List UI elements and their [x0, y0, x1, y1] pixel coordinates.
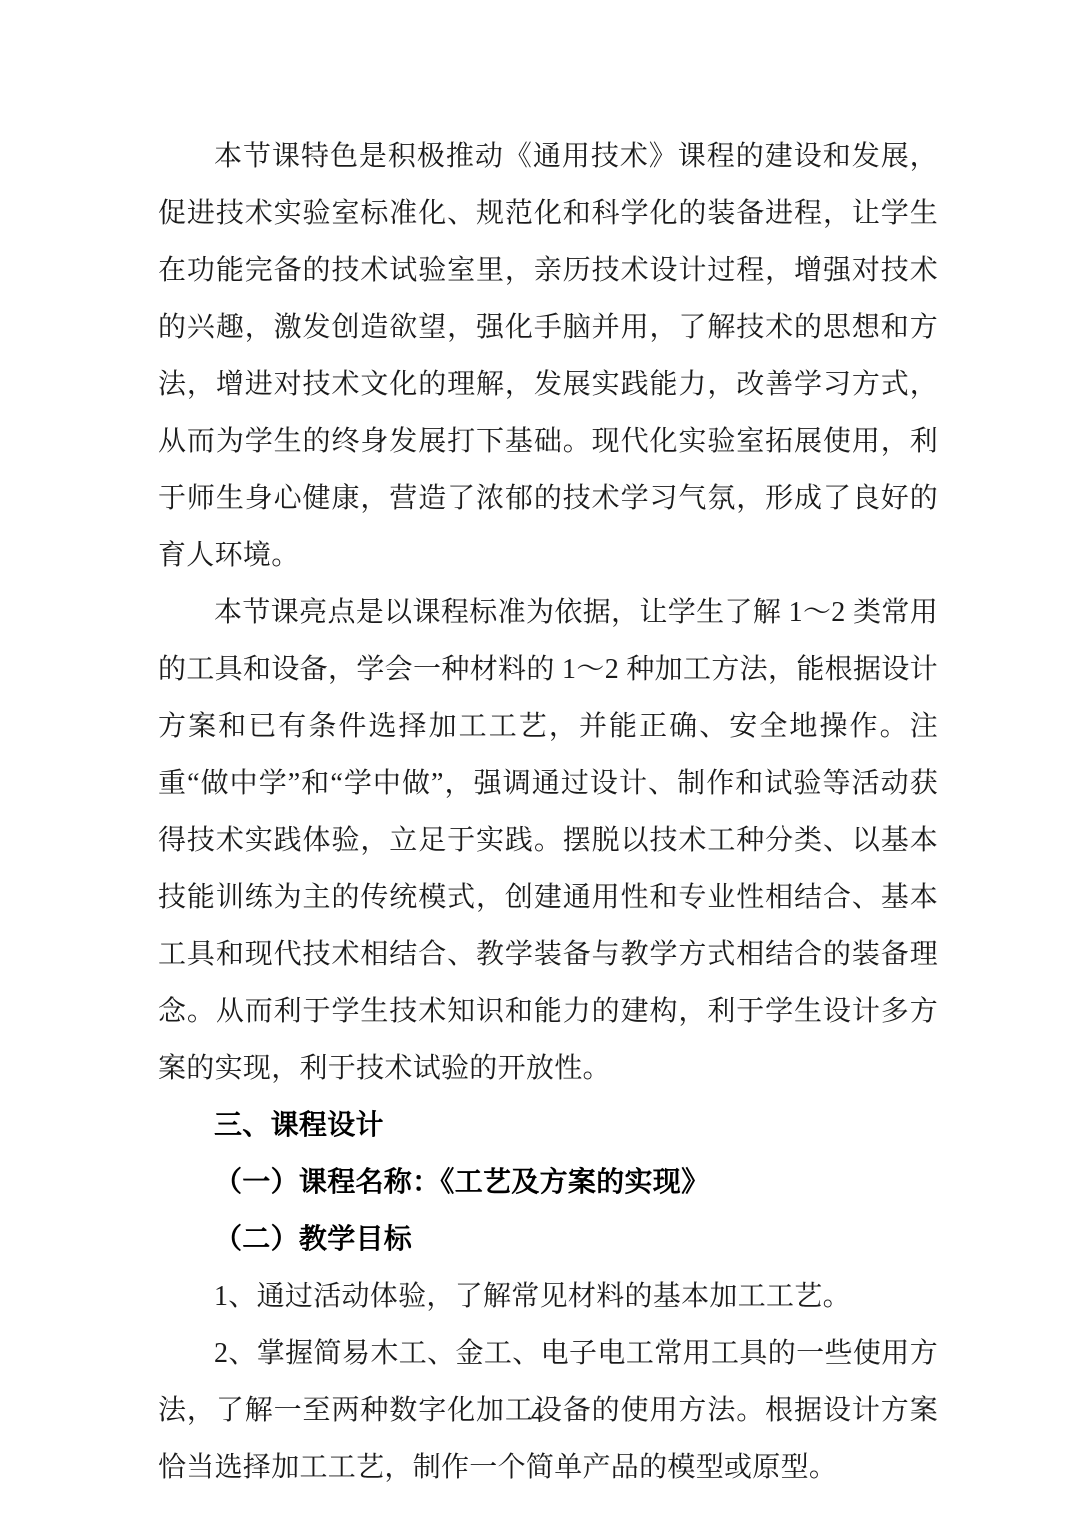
heading-course-name: （一）课程名称：《工艺及方案的实现》 [158, 1154, 938, 1211]
list-item-goal-1: 1、通过活动体验，了解常见材料的基本加工工艺。 [158, 1268, 938, 1325]
page-number: 4 [0, 1400, 1074, 1430]
paragraph-course-features: 本节课特色是积极推动《通用技术》课程的建设和发展，促进技术实验室标准化、规范化和… [158, 128, 938, 584]
document-content: 本节课特色是积极推动《通用技术》课程的建设和发展，促进技术实验室标准化、规范化和… [158, 128, 938, 1496]
document-page: 本节课特色是积极推动《通用技术》课程的建设和发展，促进技术实验室标准化、规范化和… [0, 0, 1074, 1520]
heading-course-design: 三、课程设计 [158, 1097, 938, 1154]
heading-teaching-goals: （二）教学目标 [158, 1211, 938, 1268]
paragraph-course-highlights: 本节课亮点是以课程标准为依据，让学生了解 1～2 类常用的工具和设备，学会一种材… [158, 584, 938, 1097]
